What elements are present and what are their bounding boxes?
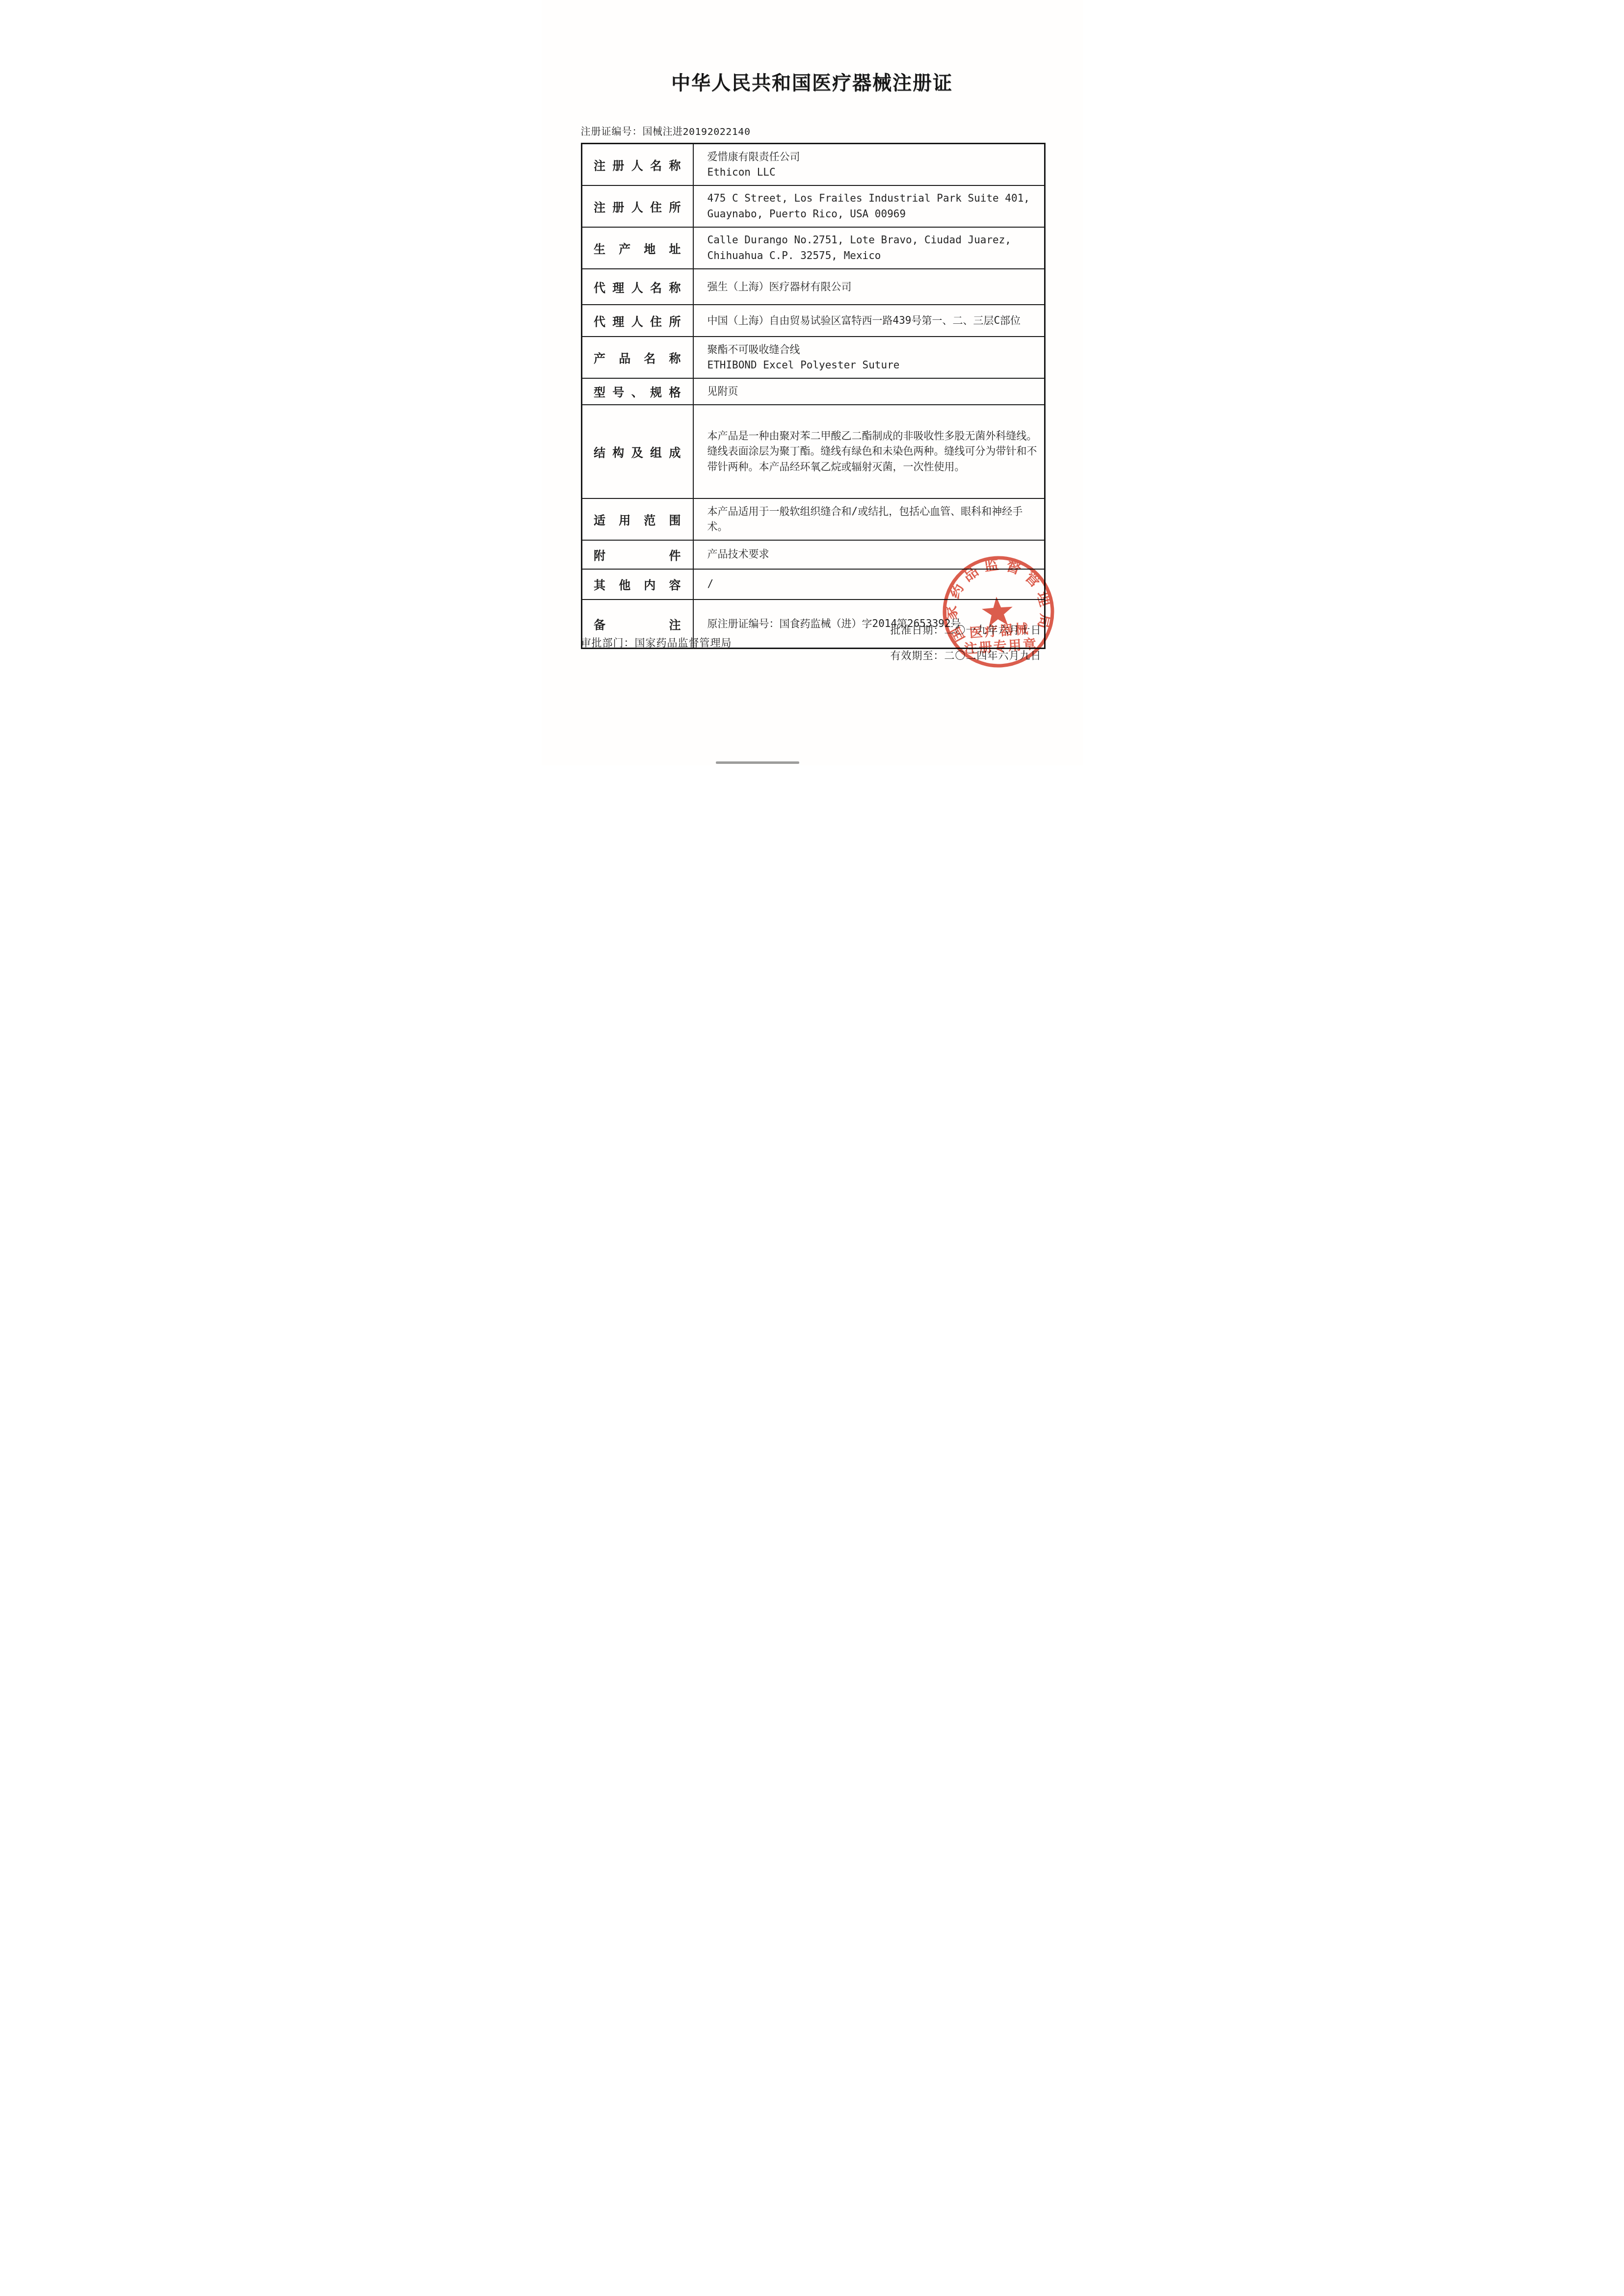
field-value: 475 C Street, Los Frailes Industrial Par… [693, 185, 1045, 227]
field-label: 产品名称 [594, 349, 681, 366]
valid-until-label: 有效期至： [891, 650, 944, 661]
table-row: 产品名称 聚酯不可吸收缝合线 ETHIBOND Excel Polyester … [581, 337, 1045, 378]
field-label: 备注 [594, 615, 681, 632]
field-label: 注册人住所 [594, 198, 681, 215]
field-value: 本产品是一种由聚对苯二甲酸乙二酯制成的非吸收性多股无菌外科缝线。缝线表面涂层为聚… [693, 405, 1045, 498]
table-row: 型号、规格 见附页 [581, 378, 1045, 405]
field-label: 代理人住所 [594, 312, 681, 329]
table-row: 注册人住所 475 C Street, Los Frailes Industri… [581, 185, 1045, 227]
field-label: 适用范围 [594, 511, 681, 528]
field-label: 生产地址 [594, 239, 681, 257]
certificate-title: 中华人民共和国医疗器械注册证 [542, 68, 1083, 95]
field-value: 强生（上海）医疗器材有限公司 [693, 269, 1045, 305]
table-row: 结构及组成 本产品是一种由聚对苯二甲酸乙二酯制成的非吸收性多股无菌外科缝线。缝线… [581, 405, 1045, 498]
approval-date-label: 批准日期： [891, 624, 944, 636]
table-row: 代理人住所 中国（上海）自由贸易试验区富特西一路439号第一、二、三层C部位 [581, 305, 1045, 337]
table-row: 生产地址 Calle Durango No.2751, Lote Bravo, … [581, 227, 1045, 269]
cert-number-value: 国械注进20192022140 [643, 126, 751, 137]
field-label: 结构及组成 [594, 443, 681, 460]
certificate-page: 中华人民共和国医疗器械注册证 注册证编号：国械注进20192022140 注册人… [542, 0, 1083, 765]
approval-dept-line: 审批部门：国家药品监督管理局 [581, 635, 732, 650]
table-row: 注册人名称 爱惜康有限责任公司 Ethicon LLC [581, 144, 1045, 186]
table-row: 代理人名称 强生（上海）医疗器材有限公司 [581, 269, 1045, 305]
field-value: 本产品适用于一般软组织缝合和/或结扎，包括心血管、眼科和神经手术。 [693, 498, 1045, 540]
table-row: 适用范围 本产品适用于一般软组织缝合和/或结扎，包括心血管、眼科和神经手术。 [581, 498, 1045, 540]
field-label: 附件 [594, 546, 681, 563]
field-value: 见附页 [693, 378, 1045, 405]
field-label: 其他内容 [594, 575, 681, 593]
field-value: 爱惜康有限责任公司 Ethicon LLC [693, 144, 1045, 186]
field-label: 注册人名称 [594, 156, 681, 173]
approval-dept-value: 国家药品监督管理局 [635, 637, 732, 649]
field-value: Calle Durango No.2751, Lote Bravo, Ciuda… [693, 227, 1045, 269]
seal-star-icon [981, 596, 1014, 627]
cert-number-line: 注册证编号：国械注进20192022140 [581, 124, 751, 138]
approval-dept-label: 审批部门： [581, 637, 635, 649]
official-seal: 国家药品监督管理局 医疗器械 注册专用章 [933, 547, 1064, 678]
field-value: 聚酯不可吸收缝合线 ETHIBOND Excel Polyester Sutur… [693, 337, 1045, 378]
cert-number-label: 注册证编号： [581, 127, 643, 137]
scan-artifact [716, 761, 799, 764]
field-label: 型号、规格 [594, 383, 681, 400]
field-label: 代理人名称 [594, 278, 681, 295]
field-value: 中国（上海）自由贸易试验区富特西一路439号第一、二、三层C部位 [693, 305, 1045, 337]
